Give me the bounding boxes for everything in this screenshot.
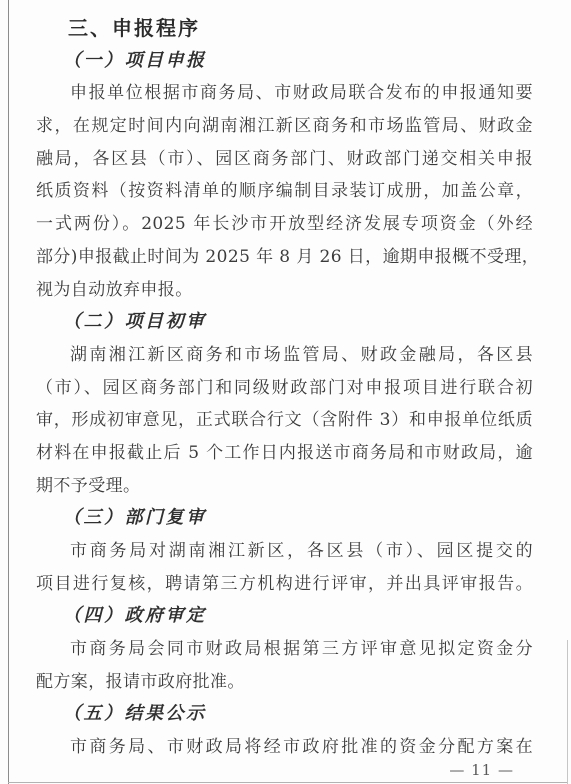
text-line: 视为自动放弃申报。 (36, 274, 533, 307)
text-line: 湖南湘江新区商务和市场监管局、财政金融局，各区县 (36, 339, 533, 372)
text-line: 项目进行复核，聘请第三方机构进行评审，并出具评审报告。 (36, 568, 533, 601)
subsection-heading: （三）部门复审 (36, 502, 533, 535)
text-line: 申报单位根据市商务局、市财政局联合发布的申报通知要 (36, 77, 533, 110)
text-line: 部分)申报截止时间为 2025 年 8 月 26 日，逾期申报概不受理， (36, 241, 533, 274)
text-line: 求，在规定时间内向湖南湘江新区商务和市场监管局、财政金 (36, 110, 533, 143)
text-line: 市商务局会同市财政局根据第三方评审意见拟定资金分 (36, 633, 533, 666)
text-line: 审，形成初审意见，正式联合行文（含附件 3）和申报单位纸质 (36, 404, 533, 437)
page-number: — 11 — (449, 761, 514, 779)
document-content: 三、申报程序（一）项目申报申报单位根据市商务局、市财政局联合发布的申报通知要求，… (36, 12, 533, 764)
subsection-heading: （四）政府审定 (36, 600, 533, 633)
text-line: 市商务局、市财政局将经市政府批准的资金分配方案在 (36, 731, 533, 764)
scan-edge-bottom-line (8, 782, 568, 783)
text-line: 一式两份）。2025 年长沙市开放型经济发展专项资金（外经 (36, 208, 533, 241)
scan-edge-left-line (8, 0, 9, 784)
text-line: 融局，各区县（市）、园区商务部门、财政部门递交相关申报 (36, 143, 533, 176)
text-line: （市）、园区商务部门和同级财政部门对申报项目进行联合初 (36, 372, 533, 405)
subsection-heading: （五）结果公示 (36, 698, 533, 731)
document-page: 三、申报程序（一）项目申报申报单位根据市商务局、市财政局联合发布的申报通知要求，… (0, 0, 571, 784)
text-line: 材料在申报截止后 5 个工作日内报送市商务局和市财政局，逾 (36, 437, 533, 470)
subsection-heading: （二）项目初审 (36, 306, 533, 339)
text-line: 期不予受理。 (36, 470, 533, 503)
scan-edge-right-line (567, 640, 568, 784)
text-line: 市商务局对湖南湘江新区，各区县（市）、园区提交的 (36, 535, 533, 568)
text-line: 配方案，报请市政府批准。 (36, 666, 533, 699)
subsection-heading: （一）项目申报 (36, 45, 533, 78)
text-line: 纸质资料（按资料清单的顺序编制目录装订成册，加盖公章， (36, 175, 533, 208)
section-heading: 三、申报程序 (36, 12, 533, 45)
